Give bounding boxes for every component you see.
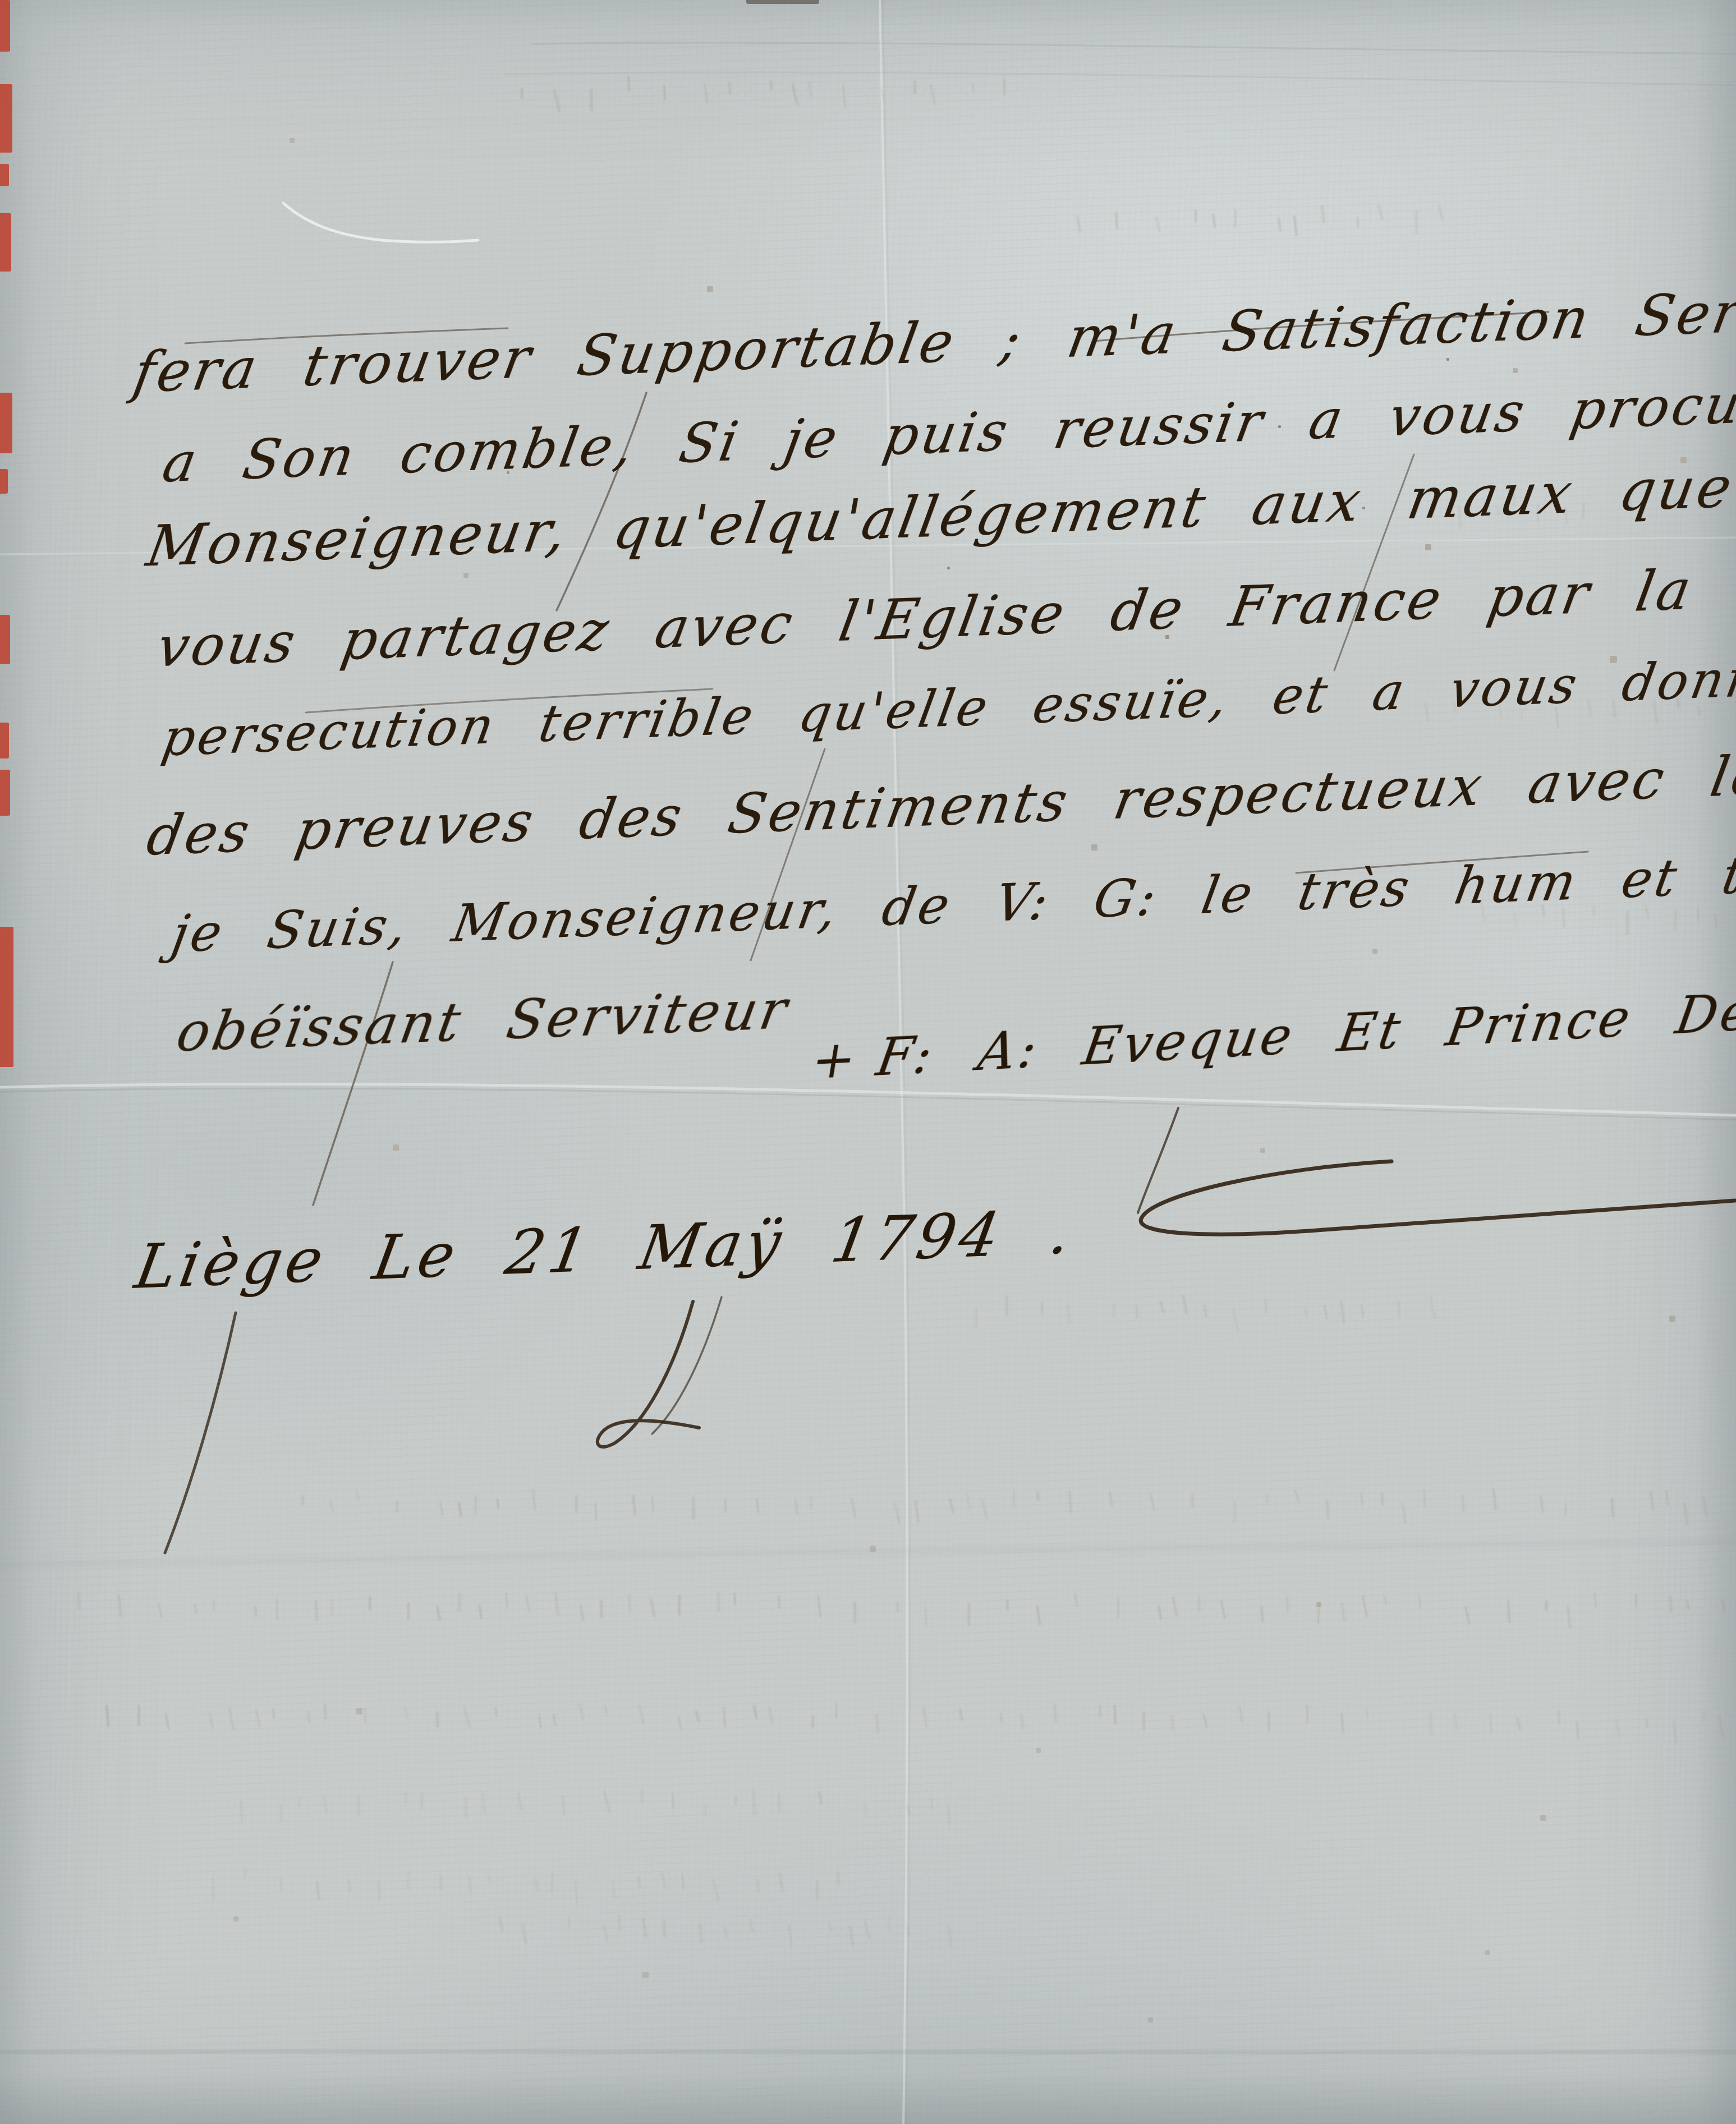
paper-scratch xyxy=(283,203,478,242)
red-edge-mark xyxy=(0,393,12,453)
red-edge-mark xyxy=(0,615,10,664)
letter-line: obéïssant Serviteur xyxy=(173,982,793,1060)
red-edge-mark xyxy=(0,927,13,1067)
red-edge-mark xyxy=(0,0,10,52)
foxing-specks xyxy=(0,0,1,1)
signature-cross-icon: + xyxy=(807,1028,863,1091)
red-edge-mark xyxy=(0,469,8,494)
red-edge-mark xyxy=(0,723,9,758)
photo-edge-notch xyxy=(746,0,819,4)
signature-line: +F: A: Eveque Et Prince De Liège xyxy=(808,975,1736,1087)
red-edge-mark xyxy=(0,164,9,186)
letter-line: je Suis, Monseigneur, de V: G: le très h… xyxy=(168,847,1736,960)
red-edge-mark xyxy=(0,213,11,272)
signature-text: F: A: Eveque Et Prince De Liège xyxy=(872,971,1736,1088)
letter-line: vous partagez avec l'Eglise de France pa… xyxy=(153,562,1697,675)
red-edge-mark xyxy=(0,770,10,816)
letter-page: fera trouver Supportable ; m'a Satisfact… xyxy=(0,0,1736,2124)
letter-line: des preuves des Sentiments respectueux a… xyxy=(143,744,1736,863)
red-edge-mark xyxy=(0,84,12,153)
dateline: Liège Le 21 Maÿ 1794 . xyxy=(131,1202,1079,1298)
